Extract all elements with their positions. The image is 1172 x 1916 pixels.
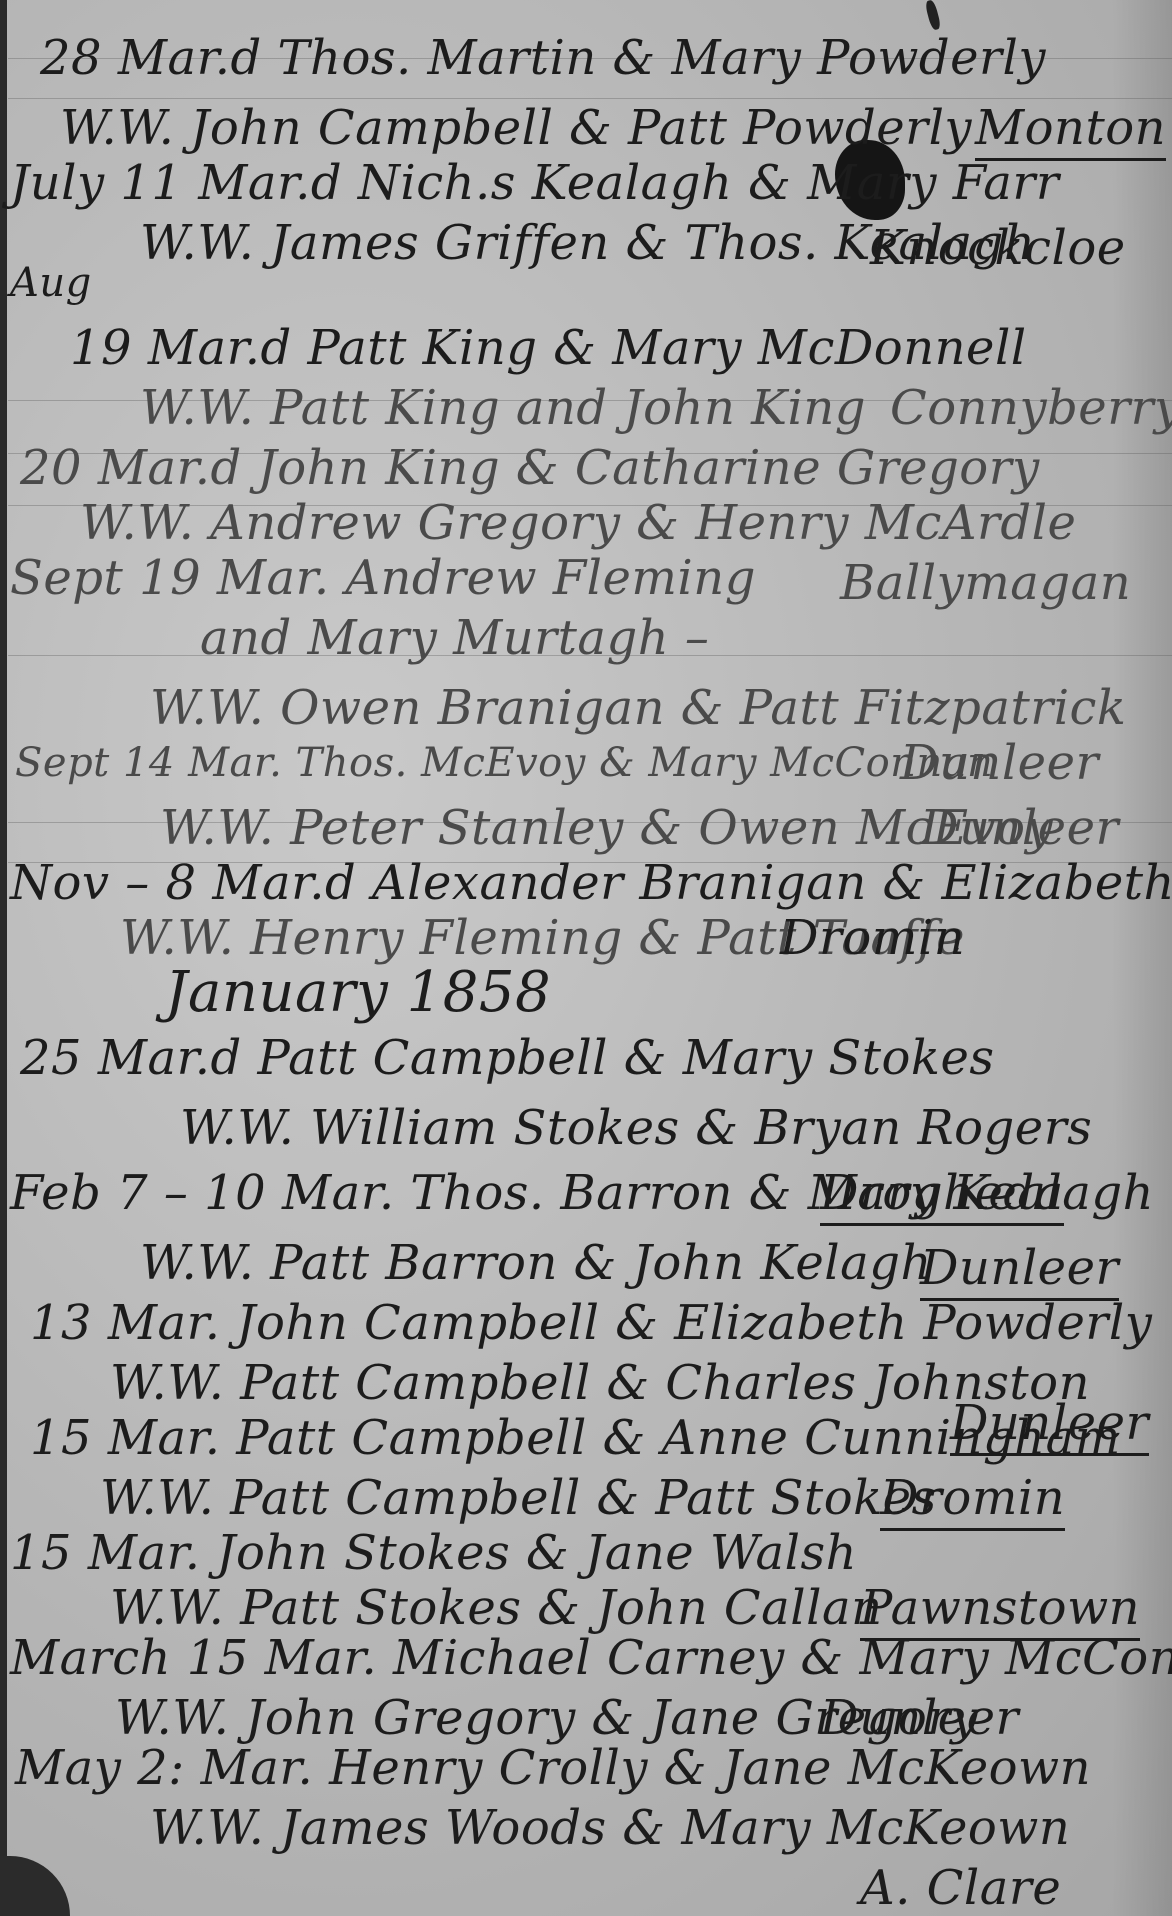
townland-label: Connyberry bbox=[890, 380, 1172, 436]
townland-label: Monton bbox=[975, 100, 1166, 161]
priest-signature: A. Clare bbox=[860, 1860, 1061, 1916]
entry-marriage-line: 13 Mar. John Campbell & Elizabeth Powder… bbox=[30, 1295, 1152, 1351]
entry-marriage-line: 25 Mar.d Patt Campbell & Mary Stokes bbox=[20, 1030, 995, 1086]
year-heading: January 1858 bbox=[165, 960, 551, 1025]
townland-label: Dunleer bbox=[920, 1240, 1119, 1301]
townland-label: Drogheda bbox=[820, 1165, 1064, 1226]
entry-witness-line: W.W. Andrew Gregory & Henry McArdle bbox=[80, 495, 1076, 551]
entry-marriage-line: 15 Mar. John Stokes & Jane Walsh bbox=[10, 1525, 857, 1581]
entry-witness-line: W.W. Patt King and John King bbox=[140, 380, 866, 436]
register-page: 28 Mar.d Thos. Martin & Mary Powderly W.… bbox=[0, 0, 1172, 1916]
month-label: Aug bbox=[10, 260, 92, 306]
entry-witness-line: W.W. Patt Campbell & Charles Johnston bbox=[110, 1355, 1090, 1411]
townland-label: Dunleer bbox=[900, 735, 1099, 791]
entry-witness-line: W.W. Patt Stokes & John Callan bbox=[110, 1580, 883, 1636]
entry-marriage-line: July 11 Mar.d Nich.s Kealagh & Mary Farr bbox=[10, 155, 1059, 211]
entry-witness-line: W.W. John Campbell & Patt Powderly bbox=[60, 100, 972, 156]
townland-label: Dunleer bbox=[950, 1395, 1149, 1456]
entry-witness-line: W.W. Patt Barron & John Kelagh bbox=[140, 1235, 932, 1291]
entry-marriage-line: May 2: Mar. Henry Crolly & Jane McKeown bbox=[15, 1740, 1091, 1796]
entry-witness-line: W.W. Patt Campbell & Patt Stokes bbox=[100, 1470, 937, 1526]
entry-marriage-line: 19 Mar.d Patt King & Mary McDonnell bbox=[70, 320, 1027, 376]
townland-label: Dunleer bbox=[820, 1690, 1019, 1746]
townland-label: Ballymagan bbox=[840, 555, 1131, 611]
page-binding-edge bbox=[0, 0, 7, 1916]
entry-marriage-line: Sept 14 Mar. Thos. McEvoy & Mary McConna… bbox=[15, 740, 993, 786]
entry-witness-line: W.W. William Stokes & Bryan Rogers bbox=[180, 1100, 1092, 1156]
ink-mark bbox=[924, 0, 941, 31]
entry-witness-line: W.W. Owen Branigan & Patt Fitzpatrick bbox=[150, 680, 1127, 736]
entry-marriage-line: Nov – 8 Mar.d Alexander Branigan & Eliza… bbox=[10, 855, 1172, 911]
entry-marriage-line: 28 Mar.d Thos. Martin & Mary Powderly bbox=[40, 30, 1046, 86]
ruled-line bbox=[8, 98, 1172, 99]
townland-label: Dromin bbox=[780, 910, 965, 966]
townland-label: Dromin bbox=[880, 1470, 1065, 1531]
entry-marriage-continuation: and Mary Murtagh – bbox=[200, 610, 709, 666]
entry-marriage-line: 20 Mar.d John King & Catharine Gregory bbox=[20, 440, 1040, 496]
corner-stain bbox=[0, 1856, 70, 1916]
entry-witness-line: W.W. James Woods & Mary McKeown bbox=[150, 1800, 1070, 1856]
townland-label: Knockcloe bbox=[870, 220, 1126, 276]
entry-marriage-line: Sept 19 Mar. Andrew Fleming bbox=[10, 550, 756, 606]
entry-marriage-line: March 15 Mar. Michael Carney & Mary McCo… bbox=[10, 1630, 1172, 1686]
townland-label: Dunleer bbox=[920, 800, 1119, 856]
